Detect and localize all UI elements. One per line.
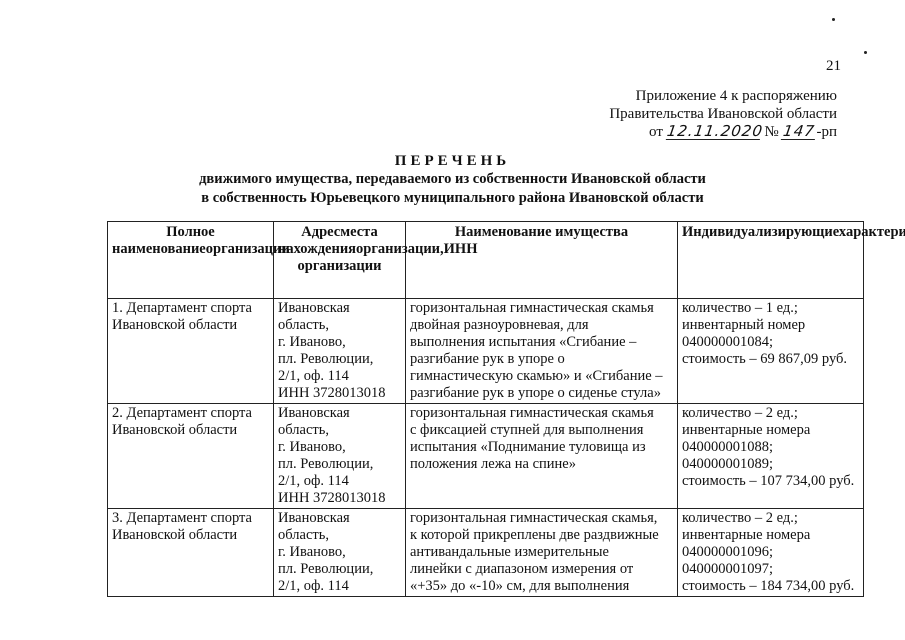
cell-line: 2. Департамент спорта	[112, 405, 269, 422]
cell-property: горизонтальная гимнастическая скамьяс фи…	[406, 404, 678, 509]
cell-line: область,	[278, 317, 401, 334]
cell-line: количество – 2 ед.;	[682, 510, 859, 527]
cell-line: 040000001084;	[682, 334, 859, 351]
cell-line: ИНН 3728013018	[278, 490, 401, 507]
cell-line: Ивановская	[278, 300, 401, 317]
cell-line: 2/1, оф. 114	[278, 368, 401, 385]
table-row: 1. Департамент спортаИвановской области …	[108, 299, 864, 404]
cell-line: 040000001097;	[682, 561, 859, 578]
number-suffix: -рп	[816, 124, 837, 140]
cell-address: Ивановскаяобласть,г. Иваново,пл. Революц…	[274, 404, 406, 509]
date-prefix: от	[649, 124, 663, 140]
cell-line: разгибание рук в упоре о	[410, 351, 673, 368]
appendix-line-1: Приложение 4 к распоряжению	[609, 87, 837, 105]
appendix-line-2: Правительства Ивановской области	[609, 105, 837, 123]
cell-line: горизонтальная гимнастическая скамья	[410, 405, 673, 422]
cell-line: 040000001088;	[682, 439, 859, 456]
cell-line: Ивановской области	[112, 317, 269, 334]
cell-line: горизонтальная гимнастическая скамья,	[410, 510, 673, 527]
title-line-1: движимого имущества, передаваемого из со…	[0, 170, 905, 189]
cell-line: г. Иваново,	[278, 334, 401, 351]
scan-speck	[832, 18, 835, 21]
cell-line: Ивановской области	[112, 527, 269, 544]
cell-line: 2/1, оф. 114	[278, 578, 401, 595]
cell-address: Ивановскаяобласть,г. Иваново,пл. Революц…	[274, 509, 406, 597]
cell-line: испытания «Поднимание туловища из	[410, 439, 673, 456]
cell-line: антивандальные измерительные	[410, 544, 673, 561]
number-sign: №	[764, 124, 778, 140]
cell-line: инвентарные номера	[682, 527, 859, 544]
table-row: 3. Департамент спортаИвановской области …	[108, 509, 864, 597]
cell-line: стоимость – 69 867,09 руб.	[682, 351, 859, 368]
cell-line: количество – 2 ед.;	[682, 405, 859, 422]
cell-line: характеристики	[839, 224, 905, 240]
cell-line: 040000001096;	[682, 544, 859, 561]
cell-line: область,	[278, 527, 401, 544]
header-address: Адресместа нахожденияорганизации,ИНН орг…	[274, 222, 406, 299]
handwritten-date: 12.11.2020	[665, 123, 761, 140]
cell-line: пл. Революции,	[278, 456, 401, 473]
cell-line: разгибание рук в упоре о сиденье стула»	[410, 385, 673, 402]
cell-line: область,	[278, 422, 401, 439]
title-heading: ПЕРЕЧЕНЬ	[0, 152, 905, 170]
cell-organization: 2. Департамент спортаИвановской области	[108, 404, 274, 509]
table-header-row: Полное наименованиеорганизации Адресмест…	[108, 222, 864, 299]
cell-property: горизонтальная гимнастическая скамья,к к…	[406, 509, 678, 597]
title-line-2: в собственность Юрьевецкого муниципально…	[0, 189, 905, 208]
header-characteristics: Индивидуализирующиехарактеристикиимущест…	[678, 222, 864, 299]
cell-line: гимнастическую скамью» и «Сгибание –	[410, 368, 673, 385]
table-row: 2. Департамент спортаИвановской области …	[108, 404, 864, 509]
cell-characteristics: количество – 1 ед.;инвентарный номер0400…	[678, 299, 864, 404]
property-table: Полное наименованиеорганизации Адресмест…	[107, 221, 864, 597]
cell-line: линейки с диапазоном измерения от	[410, 561, 673, 578]
cell-line: к которой прикреплены две раздвижные	[410, 527, 673, 544]
cell-line: пл. Революции,	[278, 351, 401, 368]
cell-line: г. Иваново,	[278, 544, 401, 561]
cell-characteristics: количество – 2 ед.;инвентарные номера040…	[678, 404, 864, 509]
cell-line: ИНН 3728013018	[278, 385, 401, 402]
cell-line: Ивановская	[278, 405, 401, 422]
cell-line: Индивидуализирующие	[682, 224, 839, 240]
cell-line: с фиксацией ступней для выполнения	[410, 422, 673, 439]
cell-line: горизонтальная гимнастическая скамья	[410, 300, 673, 317]
header-property: Наименование имущества	[406, 222, 678, 299]
appendix-date-line: от 12.11.2020 № 147-рп	[609, 123, 837, 141]
cell-line: 040000001089;	[682, 456, 859, 473]
cell-line: Наименование имущества	[455, 224, 628, 240]
cell-property: горизонтальная гимнастическая скамьядвой…	[406, 299, 678, 404]
cell-line: стоимость – 107 734,00 руб.	[682, 473, 859, 490]
page-number: 21	[826, 58, 841, 75]
cell-address: Ивановскаяобласть,г. Иваново,пл. Революц…	[274, 299, 406, 404]
cell-line: инвентарные номера	[682, 422, 859, 439]
cell-line: пл. Революции,	[278, 561, 401, 578]
cell-line: инвентарный номер	[682, 317, 859, 334]
cell-line: 2/1, оф. 114	[278, 473, 401, 490]
cell-line: Ивановская	[278, 510, 401, 527]
cell-line: Адрес	[301, 224, 340, 240]
cell-line: 3. Департамент спорта	[112, 510, 269, 527]
cell-line: положения лежа на спине»	[410, 456, 673, 473]
appendix-header: Приложение 4 к распоряжению Правительств…	[609, 87, 837, 141]
handwritten-number: 147	[781, 123, 817, 140]
cell-line: стоимость – 184 734,00 руб.	[682, 578, 859, 595]
cell-organization: 1. Департамент спортаИвановской области	[108, 299, 274, 404]
cell-line: «+35» до «-10» см, для выполнения	[410, 578, 673, 595]
cell-organization: 3. Департамент спортаИвановской области	[108, 509, 274, 597]
document-title: ПЕРЕЧЕНЬ движимого имущества, передаваем…	[0, 152, 905, 208]
cell-characteristics: количество – 2 ед.;инвентарные номера040…	[678, 509, 864, 597]
cell-line: двойная разноуровневая, для	[410, 317, 673, 334]
scan-speck	[864, 51, 867, 54]
cell-line: организации,	[356, 241, 444, 257]
cell-line: Полное наименование	[112, 224, 215, 257]
cell-line: количество – 1 ед.;	[682, 300, 859, 317]
header-organization: Полное наименованиеорганизации	[108, 222, 274, 299]
cell-line: Ивановской области	[112, 422, 269, 439]
cell-line: выполнения испытания «Сгибание –	[410, 334, 673, 351]
cell-line: г. Иваново,	[278, 439, 401, 456]
cell-line: 1. Департамент спорта	[112, 300, 269, 317]
